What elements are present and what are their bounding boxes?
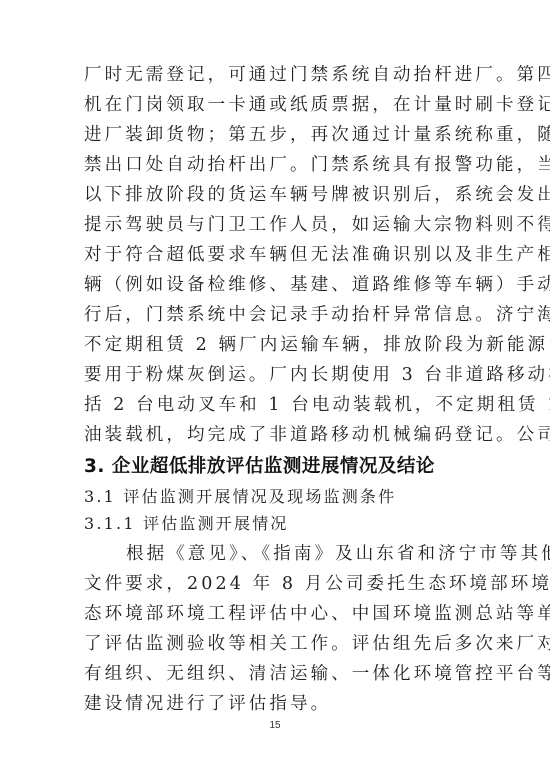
paragraph-line: 提示驾驶员与门卫工作人员，如运输大宗物料则不得放行。 bbox=[84, 214, 466, 236]
paragraph-line: 机在门岗领取一卡通或纸质票据，在计量时刷卡登记，随后 bbox=[84, 94, 466, 116]
paragraph-line: 行后，门禁系统中会记录手动抬杆异常信息。济宁海螺水泥 bbox=[84, 304, 466, 326]
page-number: 15 bbox=[0, 720, 550, 731]
paragraph-line: 进厂装卸货物；第五步，再次通过计量系统称重，随后在门 bbox=[84, 124, 466, 146]
paragraph-line: 以下排放阶段的货运车辆号牌被识别后，系统会发出报警， bbox=[84, 184, 466, 206]
section-heading-3-1-1: 3.1.1 评估监测开展情况 bbox=[84, 513, 289, 535]
paragraph-line: 有组织、无组织、清洁运输、一体化环境管控平台等合规及 bbox=[84, 663, 466, 685]
paragraph-line: 文件要求，2024 年 8 月公司委托生态环境部环境规划院、生 bbox=[84, 573, 466, 595]
paragraph-line: 厂时无需登记，可通过门禁系统自动抬杆进厂。第四步，司 bbox=[84, 64, 466, 86]
document-page: 厂时无需登记，可通过门禁系统自动抬杆进厂。第四步，司 机在门岗领取一卡通或纸质票… bbox=[0, 0, 550, 778]
paragraph-line: 要用于粉煤灰倒运。厂内长期使用 3 台非道路移动机械，包 bbox=[84, 364, 466, 386]
paragraph-line: 根据《意见》、《指南》及山东省和济宁市等其他相关 bbox=[126, 543, 466, 565]
paragraph-line: 辆（例如设备检维修、基建、道路维修等车辆）手动抬杆放 bbox=[84, 274, 466, 296]
paragraph-line: 了评估监测验收等相关工作。评估组先后多次来厂对我公司 bbox=[84, 633, 466, 655]
section-heading-3: 3. 企业超低排放评估监测进展情况及结论 bbox=[84, 455, 435, 479]
section-heading-3-1: 3.1 评估监测开展情况及现场监测条件 bbox=[84, 486, 396, 508]
paragraph-line: 油装载机，均完成了非道路移动机械编码登记。公司建立了 bbox=[84, 424, 466, 446]
paragraph-line: 建设情况进行了评估指导。 bbox=[84, 693, 466, 715]
paragraph-line: 不定期租赁 2 辆厂内运输车辆，排放阶段为新能源电动，主 bbox=[84, 334, 466, 356]
paragraph-line: 禁出口处自动抬杆出厂。门禁系统具有报警功能，当国五及 bbox=[84, 154, 466, 176]
paragraph-line: 对于符合超低要求车辆但无法准确识别以及非生产相关车 bbox=[84, 244, 466, 266]
paragraph-line: 态环境部环境工程评估中心、中国环境监测总站等单位开展 bbox=[84, 603, 466, 625]
paragraph-line: 括 2 台电动叉车和 1 台电动装载机，不定期租赁 1 辆国四柴 bbox=[84, 394, 466, 416]
